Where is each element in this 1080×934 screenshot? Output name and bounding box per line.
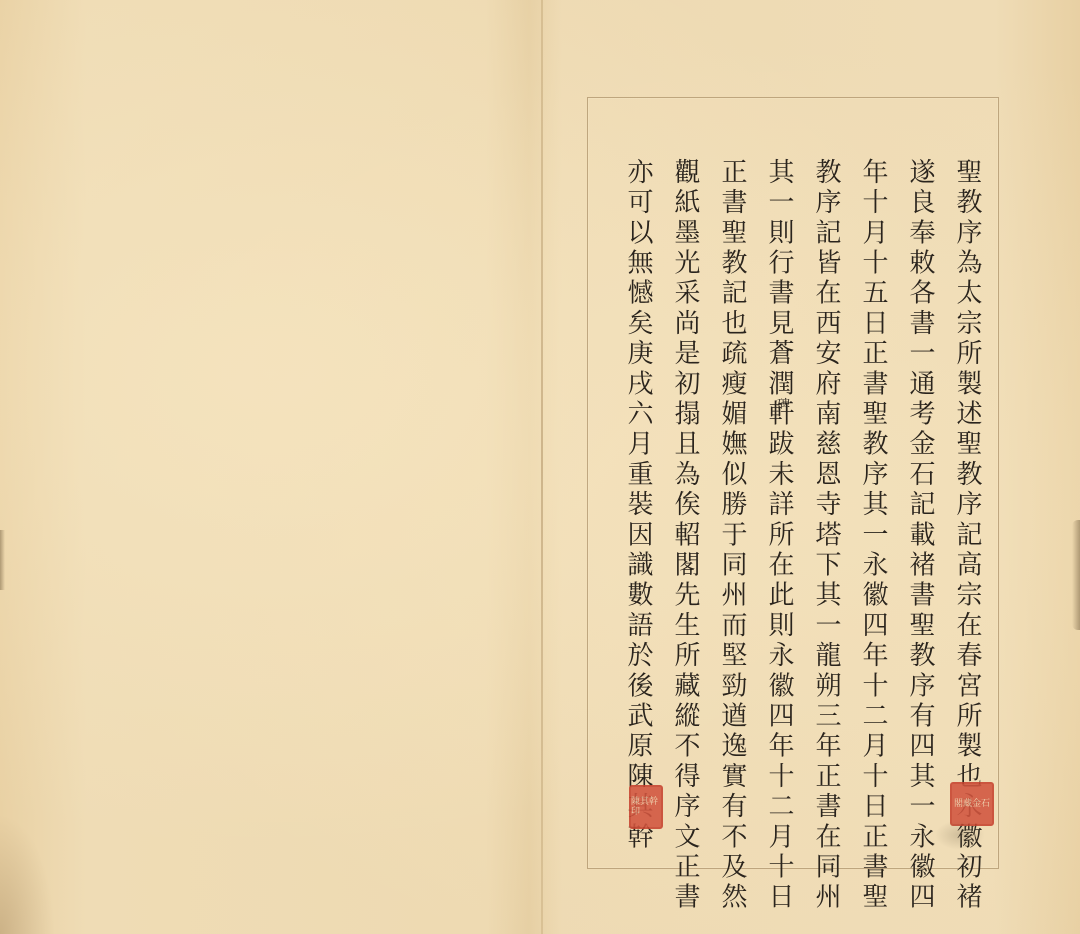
paper-stain bbox=[0, 814, 55, 934]
text-column-4: 教序記皆在西安府南慈恩寺塔下其一龍朔三年正書在同州 bbox=[802, 158, 849, 838]
text-column-5: 其一則行書見蒼潤軒跋未詳所在此則永徽四年十二月十日 bbox=[755, 158, 802, 838]
name-seal-icon: 陳其幹印 bbox=[629, 785, 663, 829]
text-column-2: 遂良奉敕各書一通考金石記載褚書聖教序有四其一永徽四 bbox=[896, 158, 943, 838]
left-page bbox=[0, 0, 541, 934]
page-edge-shadow bbox=[1072, 520, 1080, 630]
text-column-7: 觀紙墨光采尚是初搨且為俟軺閣先生所藏縱不得序文正書 bbox=[661, 158, 708, 838]
text-column-1: 聖教序為太宗所製述聖教序記高宗在春宮所製也永徽初褚 bbox=[943, 158, 990, 838]
page-edge-shadow bbox=[0, 530, 5, 590]
text-column-3: 年十月十五日正書聖教序其一永徽四年十二月十日正書聖 bbox=[849, 158, 896, 838]
inscription-text: 聖教序為太宗所製述聖教序記高宗在春宮所製也永徽初褚 遂良奉敕各書一通考金石記載褚… bbox=[610, 158, 990, 838]
text-column-6: 正書聖教記也疏瘦媚嫵似勝于同州而堅勁遒逸實有不及然 bbox=[708, 158, 755, 838]
ink-smudge bbox=[935, 820, 985, 850]
interlinear-note: 碑 bbox=[777, 394, 790, 413]
album-spread: 聖教序為太宗所製述聖教序記高宗在春宮所製也永徽初褚 遂良奉敕各書一通考金石記載褚… bbox=[0, 0, 1080, 934]
text-column-8: 亦可以無憾矣庚戌六月重裝因識數語於後武原陳其幹 bbox=[614, 158, 661, 838]
